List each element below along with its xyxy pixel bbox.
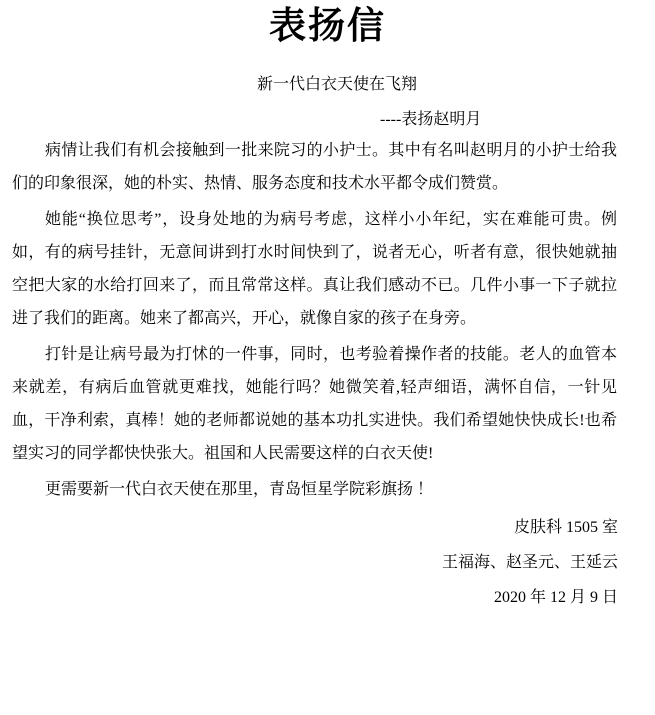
paragraph: 打针是让病号最为打怵的一件事，同时，也考验着操作者的技能。老人的血管本来就差，有… [12, 338, 617, 470]
signature-names: 王福海、赵圣元、王延云 [0, 545, 618, 580]
paragraph: 她能“换位思考”，设身处地的为病号考虑，这样小小年纪，实在难能可贵。例如，有的病… [12, 203, 617, 335]
letter-subtitle: 新一代白衣天使在飞翔 [0, 75, 655, 95]
signature-block: 皮肤科 1505 室 王福海、赵圣元、王延云 2020 年 12 月 9 日 [0, 510, 655, 615]
attribution-line: ----表扬赵明月 [0, 110, 655, 130]
paragraph: 病情让我们有机会接触到一批来院习的小护士。其中有名叫赵明月的小护士给我们的印象很… [12, 134, 617, 200]
signature-department: 皮肤科 1505 室 [0, 510, 618, 545]
paragraph: 更需要新一代白衣天使在那里，青岛恒星学院彩旗扬 ！ [12, 473, 617, 506]
letter-title: 表扬信 [0, 0, 655, 50]
letter-body: 病情让我们有机会接触到一批来院习的小护士。其中有名叫赵明月的小护士给我们的印象很… [0, 134, 655, 506]
signature-date: 2020 年 12 月 9 日 [0, 580, 618, 615]
letter-page: 表扬信 新一代白衣天使在飞翔 ----表扬赵明月 病情让我们有机会接触到一批来院… [0, 0, 655, 715]
